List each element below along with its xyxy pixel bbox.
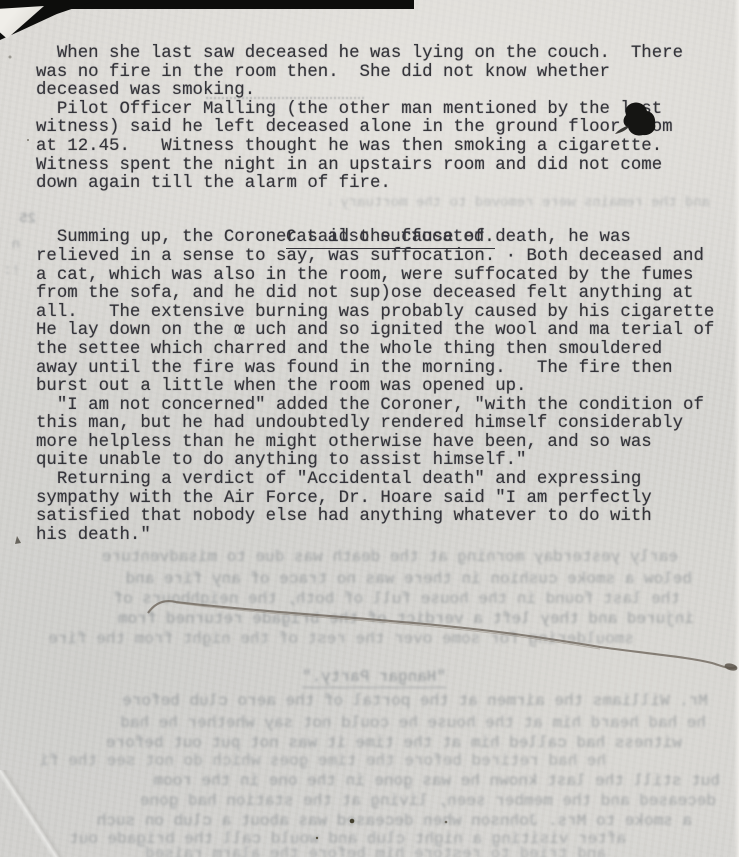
paragraphs-before-heading: When she last saw deceased he was lying … [36, 45, 738, 194]
bleed-through-line: he had heard him at the house he could n… [22, 714, 706, 732]
typed-line: relieved in a sense to say, was suffocat… [36, 248, 738, 267]
typed-line: "I am not concerned" added the Coroner, … [36, 397, 738, 416]
bleed-through-line: early yesterday morning at the death was… [78, 548, 678, 566]
typed-line: Pilot Officer Malling (the other man men… [36, 101, 738, 120]
bleed-through-line: deceased and the member seen, living at … [24, 792, 716, 810]
bleed-through-heading: "Hangar Party." [272, 668, 476, 686]
speck [27, 139, 29, 141]
bleed-through-line: a smoke to Mrs. Johnson when deceased wa… [30, 812, 692, 830]
bleed-through-line: witness had called him at the time it wa… [30, 734, 682, 752]
typed-line: burst out a little when the room was ope… [36, 378, 738, 397]
typed-line: a cat, which was also in the room, were … [36, 267, 738, 286]
bleed-through-line: !: [0, 262, 20, 280]
bleed-through-line: after visiting a night club and would ca… [60, 830, 626, 848]
typed-line: satisfied that nobody else had anything … [36, 508, 738, 527]
typed-line: more helpless than he might otherwise ha… [36, 434, 738, 453]
typed-line: witness) said he left deceased alone in … [36, 119, 738, 138]
bleed-through-line: the last found in the house full of both… [40, 590, 680, 608]
typed-line: When she last saw deceased he was lying … [36, 45, 738, 64]
typed-line: Returning a verdict of "Accidental death… [36, 471, 738, 490]
speck [15, 536, 21, 544]
bleed-through-line: smouldering for some over the rest of th… [34, 630, 634, 648]
bleed-through-line: but still the last known he was gone in … [20, 772, 720, 790]
paragraphs-after-heading: Summing up, the Coroner said the cause o… [36, 229, 738, 545]
bleed-through-line: below a smoke cushion in there was no tr… [26, 570, 692, 588]
bleed-through-line: 25 [2, 210, 36, 228]
typed-line: all. The extensive burning was probably … [36, 304, 738, 323]
typed-text-column: When she last saw deceased he was lying … [36, 45, 738, 545]
speck [316, 837, 318, 839]
typed-line: Witness spent the night in an upstairs r… [36, 157, 738, 176]
paper-crease [0, 770, 64, 857]
bleed-through-heading-text: "Hangar Party." [302, 668, 446, 688]
typed-line: his death." [36, 527, 738, 546]
typed-line: from the sofa, and he did not sup)ose de… [36, 285, 738, 304]
typed-line: Summing up, the Coroner said the cause o… [36, 229, 738, 248]
typed-line: down again till the alarm of fire. [36, 175, 738, 194]
scanned-document-photo: and the remains were removed to the mort… [0, 0, 739, 857]
typed-line: at 12.45. Witness thought he was then sm… [36, 138, 738, 157]
typed-line: sympathy with the Air Force, Dr. Hoare s… [36, 490, 738, 509]
speck [445, 821, 448, 824]
typed-line: deceased was smoking. [36, 82, 738, 101]
scratch-line [148, 601, 736, 668]
typed-line: away until the fire was found in the mor… [36, 360, 738, 379]
typed-line: He lay down on the œ uch and so ignited … [36, 322, 738, 341]
bleed-through-line: and tried to restore him before the alar… [120, 845, 606, 857]
bleed-through-line: Mr. Williams the airmen at the portal of… [30, 692, 708, 710]
typed-line: quite unable to do anything to assist hi… [36, 452, 738, 471]
typed-line: was no fire in the room then. She did no… [36, 64, 738, 83]
bleed-through-line: n [2, 236, 20, 254]
typed-line: this man, but he had undoubtedly rendere… [36, 415, 738, 434]
typed-line: the settee which charred and the whole t… [36, 341, 738, 360]
speck [350, 819, 355, 824]
speck [9, 56, 12, 59]
bleed-through-line: injured and they left a verdict of the b… [26, 610, 694, 628]
bleed-through-line: he had retired before the time goes whic… [40, 752, 606, 770]
section-heading: Cat also suffocated. [36, 211, 738, 230]
